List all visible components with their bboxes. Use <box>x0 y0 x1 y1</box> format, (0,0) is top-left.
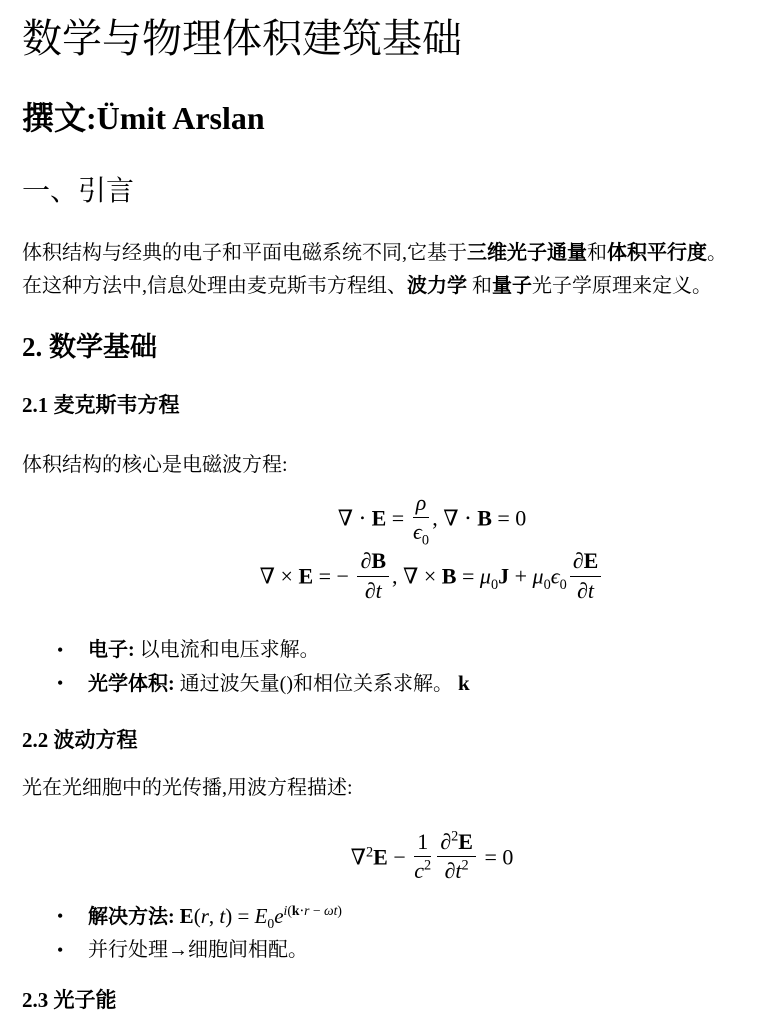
fraction-numerator: 1 <box>414 830 431 857</box>
fraction-denominator: ∂t2 <box>437 857 476 883</box>
math-operator: ∇ × <box>260 564 299 589</box>
text-run: 和 <box>467 275 492 297</box>
math-c: c <box>414 858 424 883</box>
fraction: ∂E∂t <box>570 549 602 602</box>
math-operator: = 0 <box>479 845 513 870</box>
math-operator: = <box>232 904 254 928</box>
math-superscript: 2 <box>451 829 458 845</box>
solution-formula: E(r, t) = E0ei(k⋅r − ωt) <box>180 904 342 928</box>
fraction-numerator: ∂2E <box>437 830 476 857</box>
math-operator: ∇ × <box>403 564 442 589</box>
byline: 撰文:Ümit Arslan <box>22 98 758 138</box>
math-operator: − <box>309 903 324 918</box>
list-item: • 电子: 以电流和电压求解。 <box>22 634 758 667</box>
list-item: • 光学体积: 通过波矢量()和相位关系求解。 k <box>22 667 758 701</box>
math-operator: = <box>386 506 409 531</box>
fraction: ρϵ0 <box>413 491 430 544</box>
math-paren: ( <box>194 904 201 928</box>
math-subscript: 0 <box>544 578 551 594</box>
list-item-text: 解决方法: E(r, t) = E0ei(k⋅r − ωt) <box>88 900 342 934</box>
math-superscript: 2 <box>462 858 469 874</box>
heading-photon-energy: 2.3 光子能 <box>22 987 758 1014</box>
text-run: 。 <box>707 242 727 264</box>
math-epsilon: ϵ <box>551 564 560 589</box>
math-exponent: i(k⋅r − ωt) <box>284 903 342 918</box>
fraction: 1c2 <box>414 830 431 883</box>
math-epsilon: ϵ <box>413 519 422 544</box>
math-comma: , <box>392 564 403 589</box>
math-operator: ∇ ⋅ <box>338 506 372 531</box>
math-vector-E: E <box>373 845 388 870</box>
math-e: e <box>274 904 283 928</box>
math-partial-t: ∂t <box>445 858 462 883</box>
document-page: 数学与物理体积建筑基础 撰文:Ümit Arslan 一、引言 体积结构与经典的… <box>0 0 780 1024</box>
fraction-numerator: ∂B <box>357 549 389 576</box>
fraction: ∂2E∂t2 <box>437 830 476 883</box>
math-comma: , <box>432 506 443 531</box>
math-subscript: 0 <box>560 578 567 594</box>
math-vector-E: E <box>584 548 599 573</box>
doc-title: 数学与物理体积建筑基础 <box>22 14 758 64</box>
text-run: 光子学原理来定义。 <box>532 275 712 297</box>
heading-maxwell-equations: 2.1 麦克斯韦方程 <box>22 392 758 419</box>
fraction-numerator: ρ <box>413 491 430 518</box>
wave-bullet-list: • 解决方法: E(r, t) = E0ei(k⋅r − ωt) • 并行处理→… <box>22 900 758 967</box>
fraction-denominator: ∂t <box>570 577 602 603</box>
math-nabla: ∇ <box>351 845 366 870</box>
text-run-bold: 量子 <box>492 275 532 297</box>
math-mu: μ <box>533 564 544 589</box>
math-paren: ) <box>337 903 342 918</box>
list-item: • 并行处理→细胞间相配。 <box>22 934 758 967</box>
math-partial: ∂ <box>573 548 584 573</box>
math-vector-E: E <box>458 829 473 854</box>
text-run-bold: 体积平行度 <box>607 242 707 264</box>
term-label: 解决方法: <box>88 906 180 928</box>
maxwell-lead-text: 体积结构的核心是电磁波方程: <box>22 449 758 482</box>
heading-math-foundations: 2. 数学基础 <box>22 331 758 365</box>
math-vector-E: E <box>298 564 313 589</box>
math-operator: = <box>456 564 479 589</box>
text-run: 在这种方法中,信息处理由麦克斯韦方程组、 <box>22 275 407 297</box>
math-vector-k: k <box>458 671 470 695</box>
text-run-bold: 三维光子通量 <box>467 242 587 264</box>
math-E0: E <box>255 904 268 928</box>
maxwell-bullet-list: • 电子: 以电流和电压求解。 • 光学体积: 通过波矢量()和相位关系求解。 … <box>22 634 758 701</box>
fraction-denominator: ϵ0 <box>413 518 430 544</box>
equation-block-maxwell: ∇ ⋅ E = ρϵ0, ∇ ⋅ B = 0 ∇ × E = − ∂B∂t, ∇… <box>22 494 758 606</box>
fraction-denominator: ∂t <box>357 577 389 603</box>
math-r: r <box>201 904 209 928</box>
term-label: 光学体积: <box>88 673 175 695</box>
text-run: 以电流和电压求解。 <box>135 639 320 661</box>
bullet-icon: • <box>57 634 88 667</box>
math-vector-B: B <box>371 548 386 573</box>
math-mu: μ <box>480 564 491 589</box>
text-run: 和 <box>587 242 607 264</box>
math-vector-J: J <box>498 564 509 589</box>
math-operator: + <box>509 564 532 589</box>
equation-block-wave: ∇2E − 1c2∂2E∂t2 = 0 <box>22 833 758 886</box>
heading-introduction: 一、引言 <box>22 174 758 209</box>
equation-maxwell-divergence: ∇ ⋅ E = ρϵ0, ∇ ⋅ B = 0 <box>106 494 758 547</box>
fraction: ∂B∂t <box>357 549 389 602</box>
fraction-numerator: ∂E <box>570 549 602 576</box>
heading-wave-equation: 2.2 波动方程 <box>22 727 758 754</box>
math-comma: , <box>209 904 220 928</box>
math-partial: ∂ <box>440 829 451 854</box>
math-vector-B: B <box>442 564 457 589</box>
wave-lead-text: 光在光细胞中的光传播,用波方程描述: <box>22 772 758 805</box>
math-subscript: 0 <box>422 533 429 549</box>
fraction-denominator: c2 <box>414 857 431 883</box>
bullet-icon: • <box>57 667 88 701</box>
text-run: 体积结构与经典的电子和平面电磁系统不同,它基于 <box>22 242 467 264</box>
list-item-text: 并行处理→细胞间相配。 <box>88 934 308 967</box>
list-item-text: 电子: 以电流和电压求解。 <box>88 634 320 667</box>
math-superscript: 2 <box>424 858 431 874</box>
math-operator: − <box>388 845 411 870</box>
math-omega: ω <box>324 903 334 918</box>
list-item: • 解决方法: E(r, t) = E0ei(k⋅r − ωt) <box>22 900 758 934</box>
term-label: 电子: <box>88 639 135 661</box>
text-run-bold: 波力学 <box>407 275 467 297</box>
intro-paragraph: 体积结构与经典的电子和平面电磁系统不同,它基于三维光子通量和体积平行度。 在这种… <box>22 237 758 303</box>
math-operator: = 0 <box>492 506 526 531</box>
list-item-text: 光学体积: 通过波矢量()和相位关系求解。 k <box>88 667 470 701</box>
equation-maxwell-curl: ∇ × E = − ∂B∂t, ∇ × B = μ0J + μ0ϵ0∂E∂t <box>106 552 758 605</box>
math-vector-E: E <box>372 506 387 531</box>
math-vector-E: E <box>180 904 194 928</box>
math-partial: ∂ <box>360 548 371 573</box>
math-operator: ∇ ⋅ <box>443 506 477 531</box>
math-vector-B: B <box>477 506 492 531</box>
bullet-icon: • <box>57 934 88 967</box>
text-run: 通过波矢量()和相位关系求解。 <box>175 673 458 695</box>
bullet-icon: • <box>57 900 88 934</box>
equation-wave: ∇2E − 1c2∂2E∂t2 = 0 <box>106 833 758 886</box>
math-operator: = − <box>313 564 354 589</box>
